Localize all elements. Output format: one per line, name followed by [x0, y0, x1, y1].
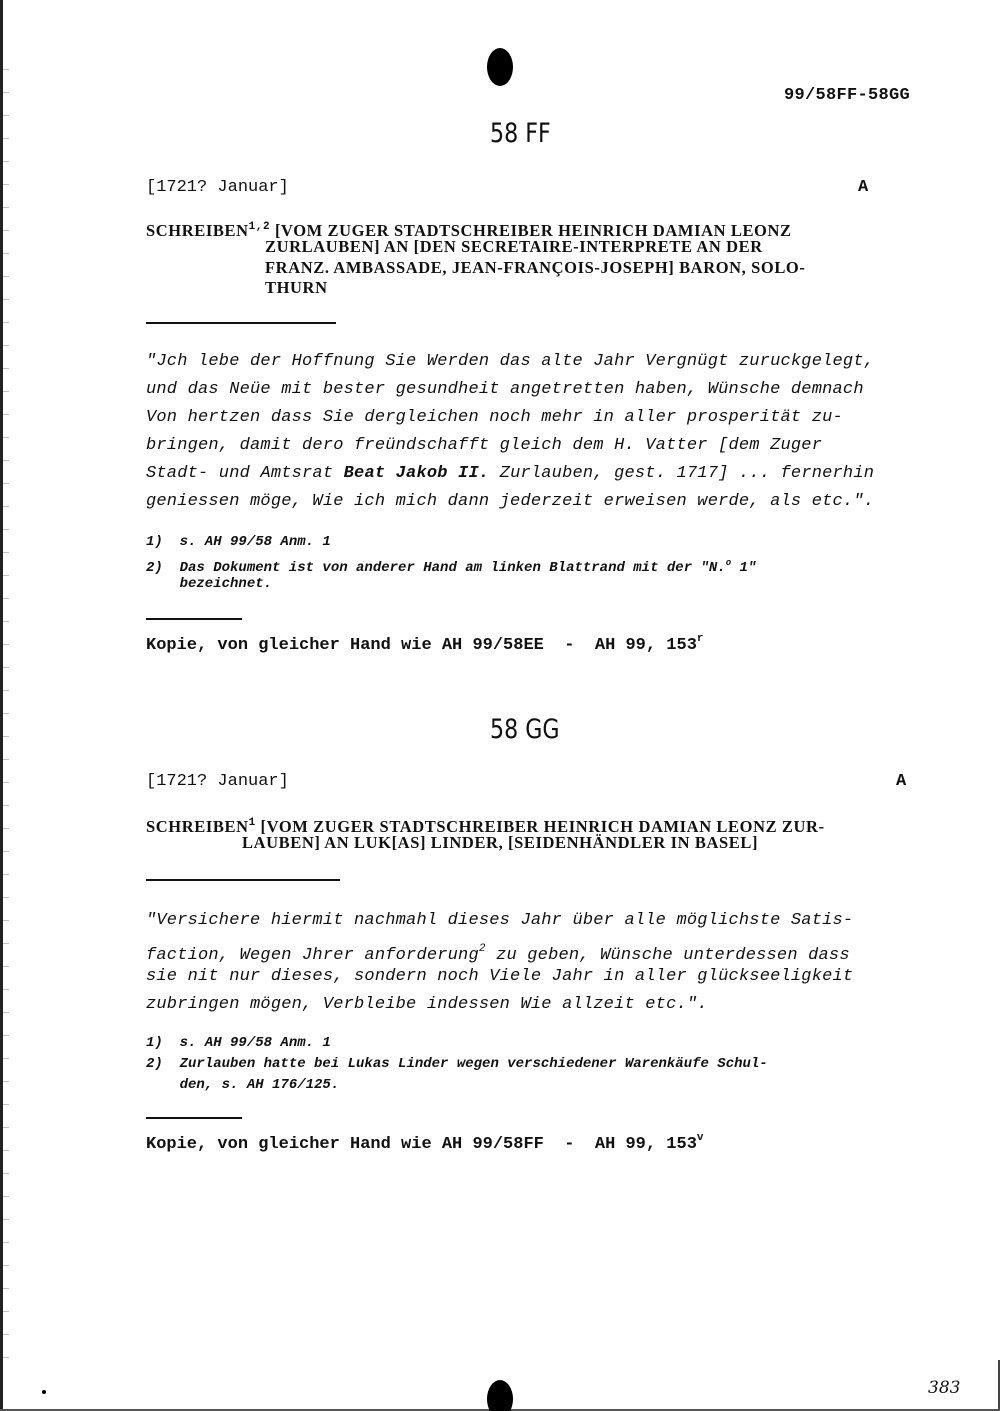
section-number: 58 FF	[490, 118, 551, 149]
title-line: THURN	[265, 278, 328, 298]
copy-note: Kopie, von gleicher Hand wie AH 99/58EE …	[146, 633, 704, 655]
title-line: ZURLAUBEN] AN [DEN SECRETAIRE-INTERPRETE…	[265, 237, 763, 257]
quote-line: sie nit nur dieses, sondern noch Viele J…	[146, 963, 853, 991]
document-page: 99/58FF-58GG 58 FF [1721? Januar] A SCHR…	[0, 0, 1000, 1411]
quote-line: geniessen möge, Wie ich mich dann jederz…	[146, 488, 874, 516]
title-word: SCHREIBEN	[146, 221, 249, 240]
quote-text: Zurlauben, gest. 1717] ... fernerhin	[489, 464, 874, 483]
footnote-text: 1"	[731, 560, 756, 576]
quote-line: bringen, damit dero freündschafft gleich…	[146, 432, 822, 460]
document-reference: 99/58FF-58GG	[784, 86, 910, 105]
title-line: FRANZ. AMBASSADE, JEAN-FRANÇOIS-JOSEPH] …	[265, 258, 805, 278]
quote-text: Stadt- und Amtsrat	[146, 464, 344, 483]
quote-line: "Versichere hiermit nachmahl dieses Jahr…	[146, 907, 853, 935]
divider-rule	[146, 322, 336, 324]
category-label: A	[896, 772, 906, 791]
divider-rule	[146, 618, 242, 620]
quote-name-bold: Beat Jakob II.	[344, 464, 490, 483]
handwritten-page-number: 383	[928, 1378, 960, 1398]
section-date: [1721? Januar]	[146, 772, 289, 791]
quote-line: Stadt- und Amtsrat Beat Jakob II. Zurlau…	[146, 460, 874, 488]
footnote-ref: 1,2	[249, 221, 271, 233]
footnote-ref: 1	[249, 817, 256, 829]
section-date: [1721? Januar]	[146, 178, 289, 197]
title-word: SCHREIBEN	[146, 817, 249, 836]
copy-text: Kopie, von gleicher Hand wie AH 99/58FF …	[146, 1135, 697, 1154]
punch-hole-top	[487, 48, 513, 86]
copy-text: Kopie, von gleicher Hand wie AH 99/58EE …	[146, 636, 697, 655]
footnote: 1) s. AH 99/58 Anm. 1	[146, 532, 331, 553]
divider-rule	[146, 879, 340, 881]
footnote: den, s. AH 176/125.	[146, 1075, 339, 1096]
category-label: A	[858, 178, 868, 197]
section-number: 58 GG	[490, 714, 560, 745]
scan-margin-noise	[3, 60, 9, 1380]
quote-line: "Jch lebe der Hoffnung Sie Werden das al…	[146, 348, 874, 376]
copy-note: Kopie, von gleicher Hand wie AH 99/58FF …	[146, 1132, 704, 1154]
folio-side: v	[697, 1132, 704, 1144]
quote-line: zubringen mögen, Verbleibe indessen Wie …	[146, 991, 708, 1019]
divider-rule	[146, 1117, 242, 1119]
quote-line: und das Neüe mit bester gesundheit anget…	[146, 376, 864, 404]
folio-side: r	[697, 633, 704, 645]
punch-hole-bottom	[487, 1380, 513, 1411]
title-line: LAUBEN] AN LUK[AS] LINDER, [SEIDENHÄNDLE…	[242, 833, 758, 853]
scan-speck	[42, 1390, 46, 1394]
footnote: 1) s. AH 99/58 Anm. 1	[146, 1033, 331, 1054]
footnote-ref: 2	[479, 943, 486, 955]
quote-line: Von hertzen dass Sie dergleichen noch me…	[146, 404, 843, 432]
footnote: 2) Zurlauben hatte bei Lukas Linder wege…	[146, 1054, 768, 1075]
footnote: bezeichnet.	[146, 574, 272, 595]
